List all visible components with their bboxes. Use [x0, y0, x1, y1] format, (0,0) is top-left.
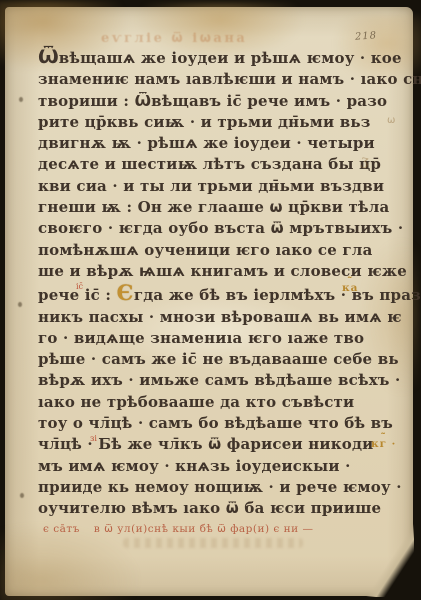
stain-bottom-left: [0, 524, 139, 600]
section-numeral-label: ка: [342, 282, 358, 294]
red-superscript-ihs: іс̄: [76, 276, 83, 297]
text-line-rest: вѣщашѧ же іоудеи и рѣшѧ ѥмоу · кое: [59, 49, 402, 67]
text-line: прииде кь немоу нощиѭ · и рече ѥмоу ·: [38, 477, 380, 498]
binding-mark: [18, 302, 22, 307]
text-line: мъ имѧ ѥмоу · кнѧзь іоудеискыи ·: [38, 456, 380, 477]
folio-number: 218: [355, 30, 378, 43]
gold-initial-e: Є: [117, 280, 134, 305]
parchment-leaf: еѵгліе ѿ іѡана 218 Ѿвѣщашѧ же іоудеи и р…: [5, 7, 413, 596]
red-zachalo-number: зі: [90, 428, 97, 449]
faded-running-title: еѵгліе ѿ іѡана: [101, 31, 247, 46]
torn-corner: [358, 511, 414, 597]
line-prefix: рече іс̄ :: [38, 286, 111, 304]
text-line: своѥго · ѥгда оубо въста ѿ мрътвыихъ ·: [38, 218, 380, 239]
text-line: рите цр̄квь сиѭ · и трьми дн̄ьми вьз: [38, 112, 380, 133]
text-line: твориши : Ѿвѣщавъ іс̄ рече имъ · разо: [38, 91, 380, 112]
text-line: никъ пасхы · мнози вѣровашѧ вь имѧ ѥ: [38, 307, 380, 328]
text-line-with-initial: рече іс̄ : іс̄ Єгда же бѣ въ іерлмѣхъ · …: [38, 282, 380, 306]
initial-letter-ot: Ѿ: [38, 46, 59, 68]
text-line: двигнѫ ѭ · рѣшѧ же іоудеи · четыри: [38, 133, 380, 154]
rubric-body: в ѿ ул(и)снѣ кыи бѣ ѿ фар(и) є ни —: [94, 523, 314, 535]
text-line: ше и вѣрѫ ѩшѧ книгамъ и словеси ѥже: [38, 261, 380, 282]
text-line: вѣрѫ ихъ · имьже самъ вѣдѣаше всѣхъ ·: [38, 370, 380, 391]
text-line: кви сиа · и ты ли трьми дн̄ьми въздви: [38, 176, 380, 197]
text-line: десѧте и шестиѭ лѣтъ създана бы цр̄: [38, 154, 380, 175]
text-line-with-zachalo: чл̄цѣ · зі Бѣ же чл̄къ ѿ фарисеи никоди: [38, 434, 380, 455]
gold-section-numeral-23: ˜ кг ·: [371, 435, 396, 448]
text-block: Ѿвѣщашѧ же іоудеи и рѣшѧ ѥмоу · кое знам…: [38, 47, 380, 520]
gold-section-numeral-21: ˜ ка: [342, 279, 358, 292]
red-liturgical-rubric: є са̄тъв ѿ ул(и)снѣ кыи бѣ ѿ фар(и) є ни…: [43, 523, 313, 535]
text-line: оучителю вѣмъ ıако ѿ б̄а ѥси приише: [38, 498, 380, 519]
text-line: рѣше · самъ же іс̄ не въдавааше себе вь: [38, 349, 380, 370]
binding-mark: [20, 493, 24, 498]
binding-mark: [19, 97, 23, 102]
rubric-lead: є са̄тъ: [43, 523, 80, 535]
text-line: гнеши ѭ : Он же глааше ѡ цр̄кви тѣла: [38, 197, 380, 218]
ink-showthrough-smudge: [123, 538, 303, 548]
text-line-rest: гда же бѣ въ іерлмѣхъ · въ празь: [134, 286, 421, 304]
text-line: помѣнѫшѧ оученици ѥго ıако се гла: [38, 240, 380, 261]
manuscript-photo: { "page": { "folio_number": "218", "runn…: [0, 0, 421, 600]
margin-doodle-omega: ѡ: [387, 115, 395, 126]
section-numeral-label: кг ·: [371, 438, 396, 450]
text-line: ıако не трѣбовааше да кто съвѣсти: [38, 392, 380, 413]
text-line-rest: Бѣ же чл̄къ ѿ фарисеи никоди: [98, 435, 373, 453]
text-line: знамениѥ намъ ıавлѣѥши и намъ · ıако сна: [38, 69, 380, 90]
text-line: го · видѧще знамениıа ѥго ıаже тво: [38, 328, 380, 349]
text-line: Ѿвѣщашѧ же іоудеи и рѣшѧ ѥмоу · кое: [38, 47, 380, 69]
